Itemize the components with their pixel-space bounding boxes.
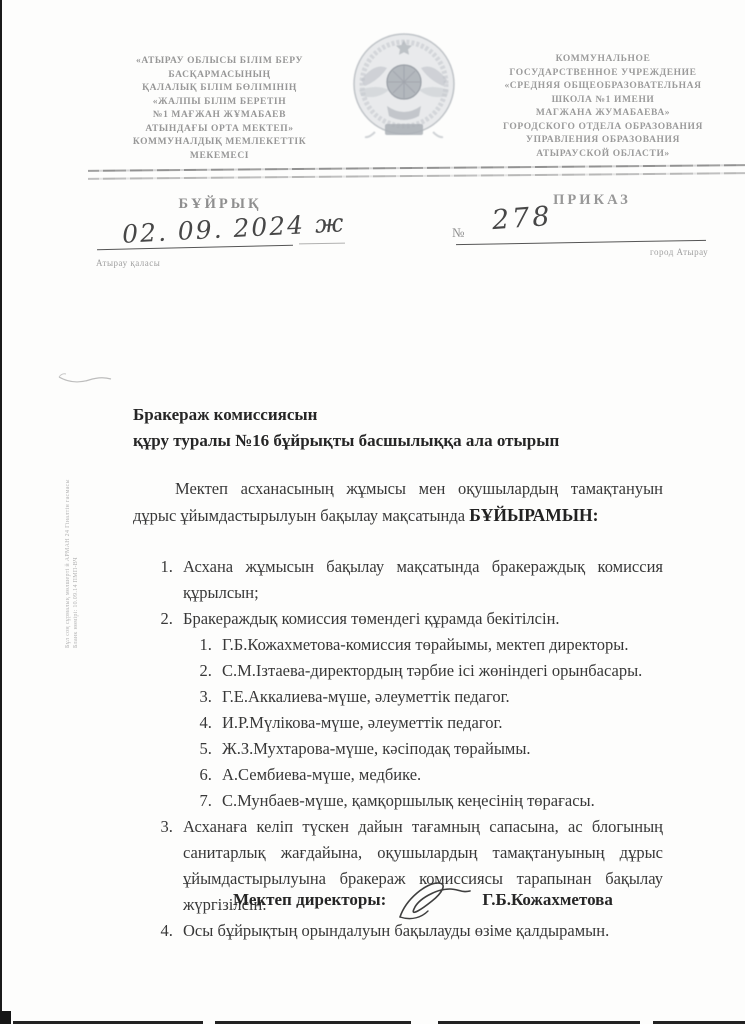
org-line: «СРЕДНЯЯ ОБЩЕОБРАЗОВАТЕЛЬНАЯ: [465, 80, 741, 94]
org-line: БАСҚАРМАСЫНЫҢ: [92, 69, 347, 83]
commission-member: Г.Б.Кожахметова-комиссия төрайымы, мекте…: [216, 632, 663, 658]
city-label-russian: город Атырау: [650, 247, 708, 257]
pen-squiggle-mark: [55, 363, 115, 391]
director-name: Г.Б.Кожахметова: [482, 890, 613, 910]
org-line: ГОРОДСКОГО ОТДЕЛА ОБРАЗОВАНИЯ: [465, 121, 741, 135]
number-underline: [456, 240, 706, 245]
org-line: МАГЖАНА ЖУМАБАЕВА»: [465, 107, 741, 121]
faint-vertical-stamp: Бұл соң сұрмалық мөлшерті й АРМАН 24 Гін…: [64, 418, 80, 648]
signature-label: Мектеп директоры:: [233, 890, 386, 910]
header-divider-line: [88, 164, 745, 172]
scanned-order-page: «АТЫРАУ ОБЛЫСЫ БІЛІМ БЕРУ БАСҚАРМАСЫНЫҢ …: [0, 0, 745, 1024]
handwritten-signature: [392, 877, 478, 929]
kazakhstan-emblem-icon: [345, 28, 463, 150]
org-line: УПРАВЛЕНИЯ ОБРАЗОВАНИЯ: [465, 134, 741, 148]
org-line: ГОСУДАРСТВЕННОЕ УЧРЕЖДЕНИЕ: [465, 67, 741, 81]
order-item-1: Асхана жұмысын бақылау мақсатында бракер…: [177, 554, 663, 606]
org-line: №1 МАҒЖАН ЖҰМАБАЕВ: [92, 109, 347, 123]
commission-member: С.М.Ізтаева-директордың тәрбие ісі жөнін…: [216, 658, 663, 684]
handwritten-order-number: 278: [491, 201, 554, 236]
order-title: Бракераж комиссиясын құру туралы №16 бұй…: [133, 402, 663, 454]
signature-row: Мектеп директоры: Г.Б.Кожахметова: [133, 885, 663, 915]
order-title-line1: Бракераж комиссиясын: [133, 402, 663, 428]
order-body: Бракераж комиссиясын құру туралы №16 бұй…: [133, 402, 663, 944]
org-line: «АТЫРАУ ОБЛЫСЫ БІЛІМ БЕРУ: [92, 55, 347, 69]
org-line: АТЫНДАҒЫ ОРТА МЕКТЕП»: [92, 123, 347, 137]
commission-member: Г.Е.Аккалиева-мүше, әлеуметтік педагог.: [216, 684, 663, 710]
org-line: ШКОЛА №1 ИМЕНИ: [465, 94, 741, 108]
commission-member: А.Сембиева-мүше, медбике.: [216, 762, 663, 788]
city-label-kazakh: Атырау қаласы: [96, 258, 160, 268]
org-line: КОММУНАЛДЫҚ МЕМЛЕКЕТТІК: [92, 136, 347, 150]
org-line: АТЫРАУСКОЙ ОБЛАСТИ»: [465, 148, 741, 162]
number-sign: №: [452, 225, 464, 241]
order-title-line2: құру туралы №16 бұйрықты басшылыққа ала …: [133, 428, 663, 454]
scan-edge-left: [0, 0, 2, 1024]
stamp-line: Бланк нөмірі: 10.09.14 ПМП-ВЧ: [72, 418, 80, 648]
intro-directive-word: БҰЙЫРАМЫН:: [469, 505, 598, 525]
commission-member: Ж.З.Мухтарова-мүше, кәсіподақ төрайымы.: [216, 736, 663, 762]
order-item-2-text: Бракераждық комиссия төмендегі құрамда б…: [183, 609, 560, 628]
stamp-line: Бұл соң сұрмалық мөлшерті й АРМАН 24 Гін…: [64, 418, 72, 648]
commission-member: С.Мунбаев-мүше, қамқоршылық кеңесінің тө…: [216, 788, 663, 814]
org-line: МЕКЕМЕСІ: [92, 150, 347, 164]
org-name-kazakh: «АТЫРАУ ОБЛЫСЫ БІЛІМ БЕРУ БАСҚАРМАСЫНЫҢ …: [92, 55, 347, 163]
commission-member: И.Р.Мүлікова-мүше, әлеуметтік педагог.: [216, 710, 663, 736]
date-underline: [299, 243, 345, 245]
org-name-russian: КОММУНАЛЬНОЕ ГОСУДАРСТВЕННОЕ УЧРЕЖДЕНИЕ …: [465, 53, 741, 161]
header-divider-line: [88, 172, 745, 180]
order-item-2: Бракераждық комиссия төмендегі құрамда б…: [177, 606, 663, 814]
commission-members-list: Г.Б.Кожахметова-комиссия төрайымы, мекте…: [183, 632, 663, 814]
org-line: ҚАЛАЛЫҚ БІЛІМ БӨЛІМІНІҢ: [92, 82, 347, 96]
scan-corner-mark: [0, 1011, 11, 1024]
org-line: КОММУНАЛЬНОЕ: [465, 53, 741, 67]
intro-paragraph: Мектеп асханасының жұмысы мен оқушыларды…: [133, 476, 663, 529]
org-line: «ЖАЛПЫ БІЛІМ БЕРЕТІН: [92, 96, 347, 110]
